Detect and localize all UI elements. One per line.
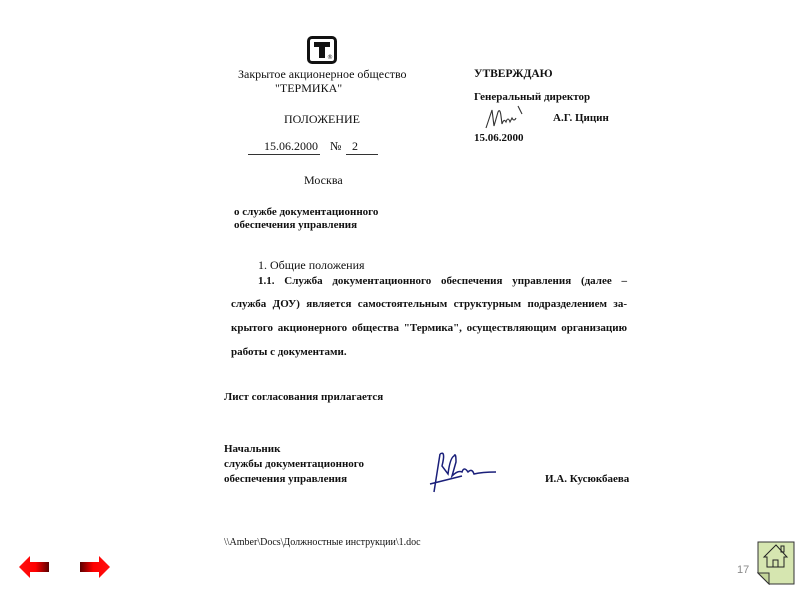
number-label: № <box>330 139 341 153</box>
signer-line2: службы документационного <box>224 457 364 471</box>
approval-date: 15.06.2000 <box>474 131 524 145</box>
approval-name: А.Г. Цицин <box>553 111 609 125</box>
date-underline <box>248 154 320 155</box>
clause-line-4: работы с документами. <box>231 345 347 359</box>
next-slide-button[interactable] <box>80 554 112 580</box>
section-heading: 1. Общие положения <box>258 258 365 272</box>
page-number: 17 <box>737 564 749 576</box>
file-path: \\Amber\Docs\Должностные инструкции\1.do… <box>224 536 421 550</box>
org-name-line2: "ТЕРМИКА" <box>275 81 342 95</box>
subject-line1: о службе документационного <box>234 205 378 219</box>
clause-line-2: служба ДОУ) является самостоятельным стр… <box>231 297 627 311</box>
approval-title: УТВЕРЖДАЮ <box>474 67 553 81</box>
clause-line-3: крытого акционерного общества "Термика",… <box>231 321 627 335</box>
signer-name: И.А. Кусюкбаева <box>545 472 629 486</box>
signer-signature <box>426 446 500 498</box>
arrow-left-icon <box>17 554 49 580</box>
home-button[interactable] <box>757 541 795 585</box>
doc-date: 15.06.2000 <box>264 139 318 153</box>
arrow-right-icon <box>80 554 112 580</box>
home-icon <box>757 541 795 585</box>
city: Москва <box>304 173 343 187</box>
doc-type: ПОЛОЖЕНИЕ <box>284 112 360 126</box>
subject-line2: обеспечения управления <box>234 218 357 232</box>
doc-number: 2 <box>352 139 358 153</box>
director-signature <box>482 104 528 134</box>
logo-t-stem <box>319 42 325 58</box>
company-logo: ® <box>307 36 337 64</box>
clause-line-1: 1.1. Служба документационного обеспечени… <box>258 274 627 288</box>
org-name-line1: Закрытое акционерное общество <box>238 67 407 81</box>
number-underline <box>346 154 378 155</box>
registered-mark: ® <box>327 54 333 61</box>
attachment-note: Лист согласования прилагается <box>224 390 383 404</box>
signer-line1: Начальник <box>224 442 280 456</box>
signer-line3: обеспечения управления <box>224 472 347 486</box>
approval-position: Генеральный директор <box>474 90 590 104</box>
prev-slide-button[interactable] <box>17 554 49 580</box>
